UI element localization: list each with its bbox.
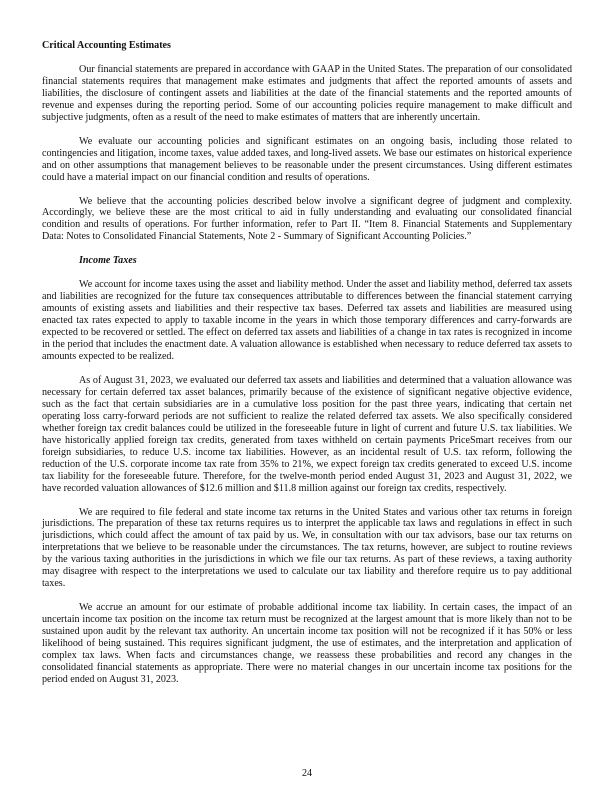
paragraph-tax-returns: We are required to file federal and stat… (42, 507, 572, 591)
paragraph-evaluate-policies: We evaluate our accounting policies and … (42, 136, 572, 184)
page-number: 24 (0, 768, 614, 779)
paragraph-asset-liability-method: We account for income taxes using the as… (42, 279, 572, 363)
subsection-heading: Income Taxes (79, 255, 572, 267)
paragraph-gaap-estimates: Our financial statements are prepared in… (42, 64, 572, 124)
document-page: Critical Accounting Estimates Our financ… (42, 40, 572, 698)
paragraph-uncertain-tax-positions: We accrue an amount for our estimate of … (42, 602, 572, 686)
section-heading: Critical Accounting Estimates (42, 40, 572, 52)
paragraph-critical-policies: We believe that the accounting policies … (42, 196, 572, 244)
paragraph-valuation-allowance: As of August 31, 2023, we evaluated our … (42, 375, 572, 495)
